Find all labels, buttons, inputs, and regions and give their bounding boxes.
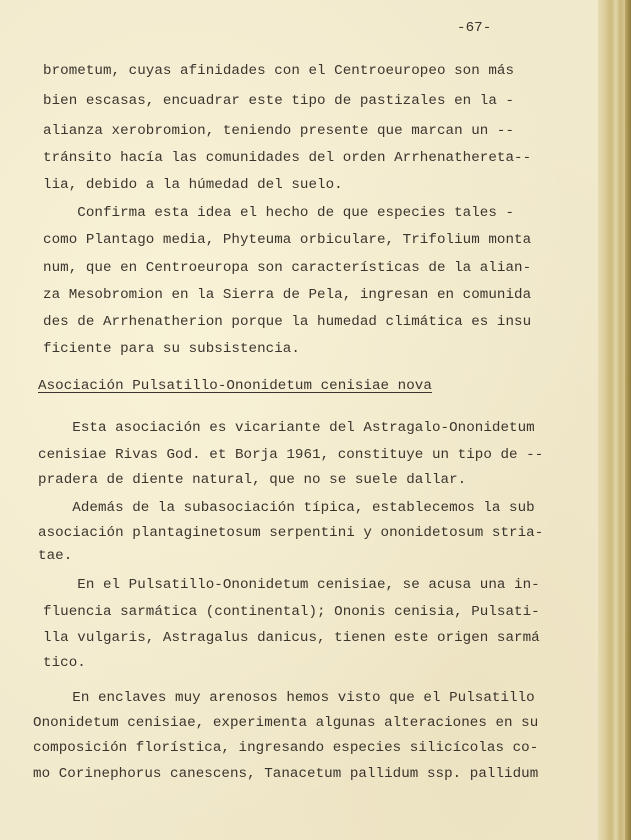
text-line: tico. [43, 655, 86, 671]
text-line: des de Arrhenatherion porque la humedad … [43, 314, 531, 330]
text-line: cenisiae Rivas God. et Borja 1961, const… [38, 447, 543, 463]
text-line: Esta asociación es vicariante del Astrag… [38, 420, 535, 436]
text-line: Además de la subasociación típica, estab… [38, 500, 535, 516]
text-line: asociación plantaginetosum serpentini y … [38, 525, 543, 541]
text-line: En el Pulsatillo-Ononidetum cenisiae, se… [43, 577, 540, 593]
text-line: num, que en Centroeuropa son característ… [43, 260, 531, 276]
paper-edge [598, 0, 606, 840]
text-line: fluencia sarmática (continental); Ononis… [43, 604, 540, 620]
text-line: como Plantago media, Phyteuma orbiculare… [43, 232, 531, 248]
text-line: alianza xerobromion, teniendo presente q… [43, 123, 514, 139]
text-line: ficiente para su subsistencia. [43, 341, 300, 357]
text-line: lia, debido a la húmedad del suelo. [43, 177, 343, 193]
text-line: Confirma esta idea el hecho de que espec… [43, 205, 514, 221]
binding-edge [625, 0, 631, 840]
text-line: brometum, cuyas afinidades con el Centro… [43, 63, 514, 79]
text-line: pradera de diente natural, que no se sue… [38, 472, 466, 488]
text-line: composición florística, ingresando espec… [33, 740, 538, 756]
paper-edge [616, 0, 625, 840]
text-line: En enclaves muy arenosos hemos visto que… [38, 690, 535, 706]
paper-edge [606, 0, 616, 840]
page-number: -67- [457, 20, 491, 36]
text-line: bien escasas, encuadrar este tipo de pas… [43, 93, 514, 109]
section-heading: Asociación Pulsatillo-Ononidetum cenisia… [38, 378, 432, 394]
text-line: tae. [38, 548, 72, 564]
text-line: mo Corinephorus canescens, Tanacetum pal… [33, 766, 538, 782]
text-line: za Mesobromion en la Sierra de Pela, ing… [43, 287, 531, 303]
text-line: Ononidetum cenisiae, experimenta algunas… [33, 715, 538, 731]
text-line: lla vulgaris, Astragalus danicus, tienen… [43, 630, 540, 646]
text-line: tránsito hacía las comunidades del orden… [43, 150, 531, 166]
